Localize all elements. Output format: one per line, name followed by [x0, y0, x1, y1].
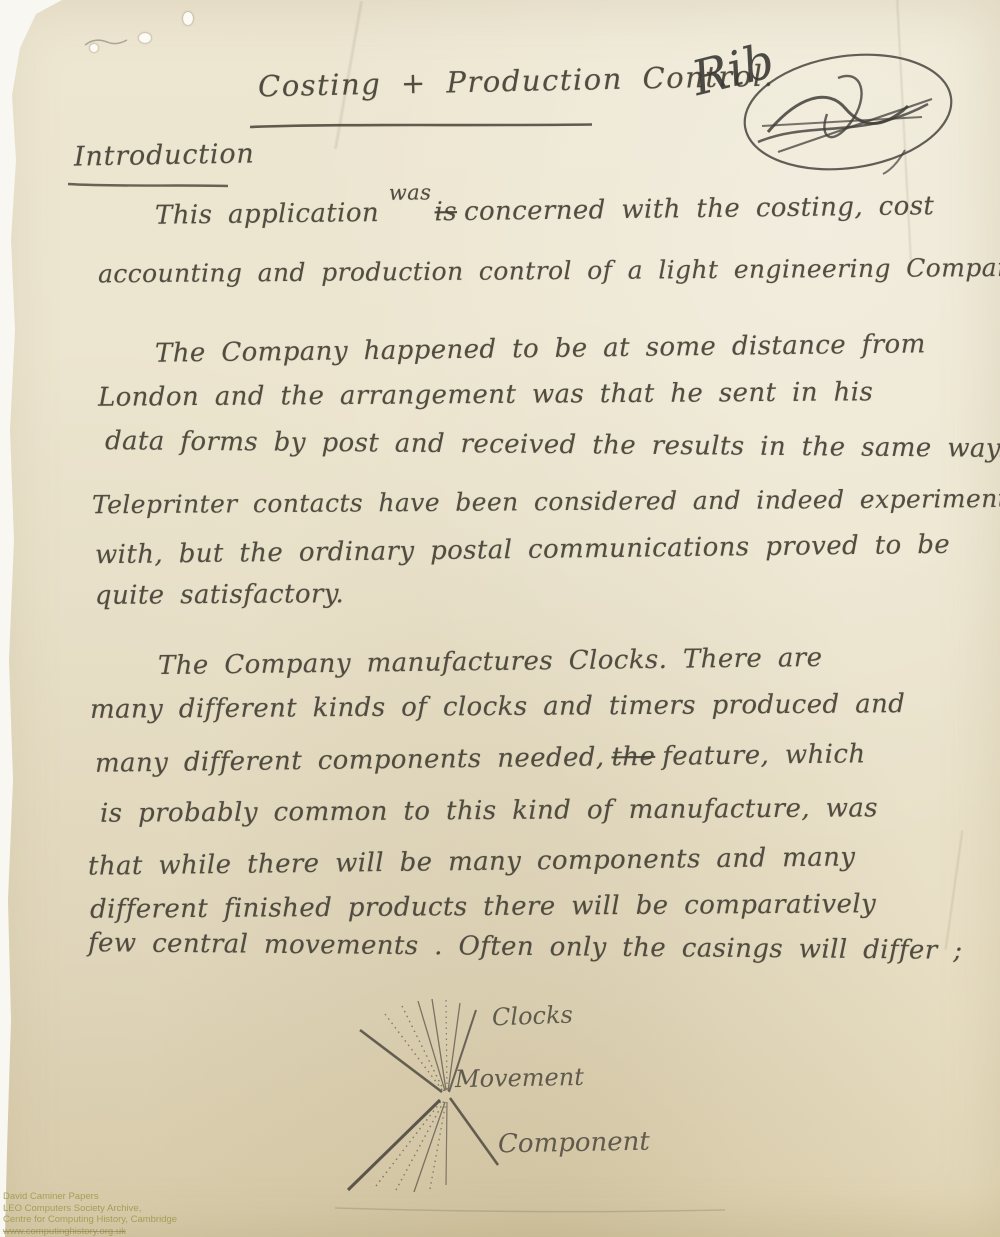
pencil-mark [85, 40, 127, 45]
signature-strike [778, 99, 932, 152]
diagram-label-component: Component [498, 1127, 650, 1160]
heading-underline [68, 184, 228, 186]
diagram-label-clocks: Clocks [492, 1001, 574, 1032]
watermark-line: LEO Computers Society Archive, [3, 1203, 177, 1215]
archive-watermark: David Caminer Papers LEO Computers Socie… [3, 1191, 177, 1237]
signature-oval-scribble [737, 42, 959, 182]
ink-overlay [0, 0, 1000, 1237]
scanned-manuscript-page: Costing + Production Control. Introducti… [0, 0, 1000, 1237]
signature-tail [883, 150, 905, 174]
title-underline [250, 125, 592, 128]
diagram-label-movement: Movement [455, 1063, 584, 1093]
watermark-line: Centre for Computing History, Cambridge [3, 1214, 177, 1226]
signature-strike [762, 117, 922, 126]
watermark-line: www.computinghistory.org.uk [3, 1226, 177, 1237]
watermark-line: David Caminer Papers [3, 1191, 177, 1203]
clock-fan-diagram [335, 999, 725, 1212]
